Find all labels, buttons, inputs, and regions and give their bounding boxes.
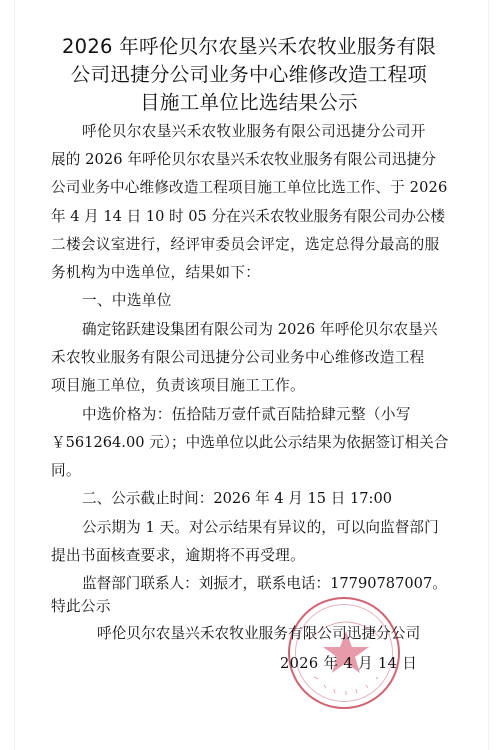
section2-para1-line-2: 提出书面核查要求，逾期将不再受理。	[51, 547, 305, 565]
section1-para2-line-3: 同。	[51, 462, 81, 480]
contact-line: 监督部门联系人：刘振才，联系电话：17790787007。	[82, 575, 447, 593]
section1-heading: 一、中选单位	[82, 292, 172, 310]
title-line-2: 公司迅捷分公司业务中心维修改造工程项	[0, 61, 498, 89]
closing-text: 特此公示	[51, 598, 111, 616]
intro-line-6: 务机构为中选单位，结果如下：	[51, 264, 260, 282]
official-seal	[288, 597, 400, 709]
intro-line-3: 公司业务中心维修改造工程项目施工单位比选工作、于 2026	[51, 179, 447, 197]
section1-para1-line-2: 禾农牧业服务有限公司迅捷分公司业务中心维修改造工程	[51, 349, 425, 367]
title-line-1: 2026 年呼伦贝尔农垦兴禾农牧业服务有限	[0, 33, 498, 61]
signature-date: 2026 年 4 月 14 日	[280, 655, 417, 673]
intro-line-1: 呼伦贝尔农垦兴禾农牧业服务有限公司迅捷分公司开	[82, 123, 426, 141]
title-line-3: 目施工单位比选结果公示	[0, 89, 498, 117]
intro-line-5: 二楼会议室进行，经评审委员会评定，选定总得分最高的服	[51, 236, 440, 254]
section1-para1-line-3: 项目施工单位，负责该项目施工工作。	[51, 377, 305, 395]
intro-line-2: 展的 2026 年呼伦贝尔农垦兴禾农牧业服务有限公司迅捷分	[51, 151, 436, 169]
section2-para1-line-1: 公示期为 1 天。对公示结果有异议的，可以向监督部门	[82, 519, 439, 537]
section1-para2-line-2: ￥561264.00 元）；中选单位以此公示结果为依据签订相关合	[51, 434, 448, 452]
section2-heading: 二、公示截止时间：2026 年 4 月 15 日 17:00	[82, 490, 392, 508]
section1-para2-line-1: 中选价格为：伍拾陆万壹仟贰百陆拾肆元整（小写	[82, 406, 411, 424]
signature-organization: 呼伦贝尔农垦兴禾农牧业服务有限公司迅捷分公司	[97, 625, 420, 643]
intro-line-4: 年 4 月 14 日 10 时 05 分在兴禾农牧业服务有限公司办公楼	[51, 208, 445, 226]
section1-para1-line-1: 确定铭跃建设集团有限公司为 2026 年呼伦贝尔农垦兴	[82, 321, 438, 339]
document-title: 2026 年呼伦贝尔农垦兴禾农牧业服务有限 公司迅捷分公司业务中心维修改造工程项…	[0, 33, 498, 117]
